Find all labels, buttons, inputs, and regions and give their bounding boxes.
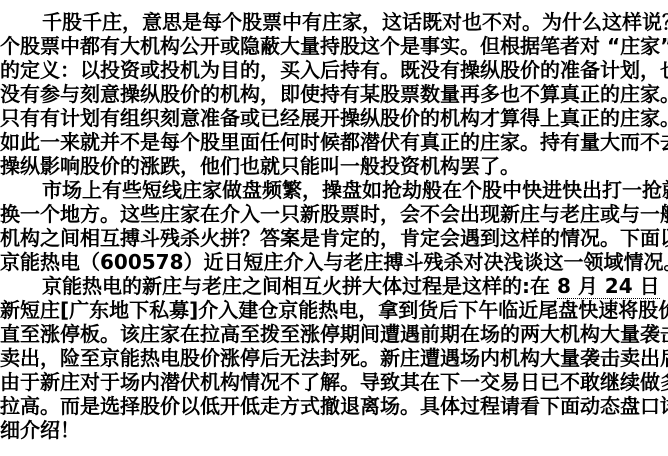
text-line: 操纵影响股价的涨跌，他们也就只能叫一般投资机构罢了。 <box>0 154 668 178</box>
text-line: 个股票中都有大机构公开或隐蔽大量持股这个是事实。但根据笔者对 “庄家” <box>0 34 668 58</box>
text-line: 拉高。而是选择股价以低开低走方式撤退离场。具体过程请看下面动态盘口详 <box>0 394 668 418</box>
text-segment: 京能热电的新庄与老庄之间相互火拼大体过程是这样的:在 <box>42 274 550 298</box>
text-line: 直至涨停板。该庄家在拉高至拨至涨停期间遭遇前期在场的两大机构大量袭击 <box>0 322 668 346</box>
text-line: 细介绍！ <box>0 418 668 442</box>
date-highlight: 8 月 24 日 <box>557 274 660 299</box>
text-line: 京能热电（600578）近日短庄介入与老庄搏斗残杀对决浅谈这一领域情况。 <box>0 250 668 274</box>
text-line: 千股千庄，意思是每个股票中有庄家，这话既对也不对。为什么这样说？每 <box>0 10 668 34</box>
text-line: 只有有计划有组织刻意准备或已经展开操纵股价的机构才算得上真正的庄家。 <box>0 106 668 130</box>
text-line: 由于新庄对于场内潜伏机构情况不了解。导致其在下一交易日已不敢继续做多 <box>0 370 668 394</box>
text-line: 机构之间相互搏斗残杀火拼？答案是肯定的，肯定会遇到这样的情况。下面以 <box>0 226 668 250</box>
text-line: 新短庄[广东地下私募]介入建仓京能热电，拿到货后下午临近尾盘快速将股价拨 <box>0 298 668 322</box>
text-line: 的定义：以投资或投机为目的，买入后持有。既没有操纵股价的准备计划，也 <box>0 58 668 82</box>
text-line: 京能热电的新庄与老庄之间相互火拼大体过程是这样的:在 8 月 24 日 [周三] <box>0 274 668 298</box>
text-line: 卖出，险至京能热电股价涨停后无法封死。新庄遭遇场内机构大量袭击卖出后， <box>0 346 668 370</box>
text-line: 如此一来就并不是每个股里面任何时候都潜伏有真正的庄家。持有量大而不去 <box>0 130 668 154</box>
text-line: 市场上有些短线庄家做盘频繁，操盘如抢劫般在个股中快进快出打一抢就 <box>0 178 668 202</box>
article-body: 千股千庄，意思是每个股票中有庄家，这话既对也不对。为什么这样说？每 个股票中都有… <box>0 0 668 456</box>
text-line: 换一个地方。这些庄家在介入一只新股票时，会不会出现新庄与老庄或与一般 <box>0 202 668 226</box>
text-line: 没有参与刻意操纵股价的机构，即使持有某股票数量再多也不算真正的庄家。 <box>0 82 668 106</box>
